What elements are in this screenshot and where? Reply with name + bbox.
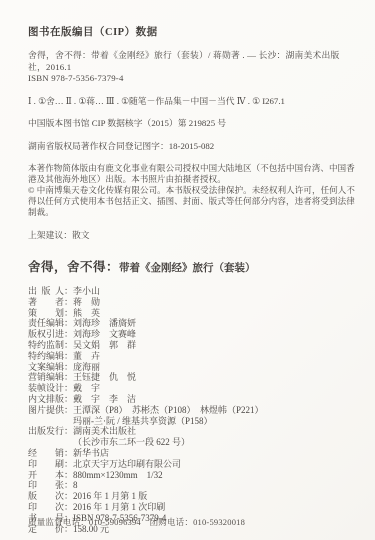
colophon-label: 印张 <box>28 480 64 491</box>
colophon-colon: ： <box>64 383 73 394</box>
quality-phone-line: 质量监督电话：010-59096394 团购电话：010-59320018 <box>28 516 245 528</box>
colophon-colon: ： <box>64 329 73 340</box>
colophon-row: 策划：熊 英 <box>28 308 357 319</box>
colophon-row: 图片提供：王潭深（P8） 苏彬杰（P108） 林煜帏（P221） <box>28 405 357 416</box>
license-paragraph: 本著作物简体版由有鹿文化事业有限公司授权中国大陆地区（不包括中国台湾、中国香港及… <box>28 163 357 185</box>
colophon-label: 策划 <box>28 308 64 319</box>
colophon-colon: ： <box>64 459 73 470</box>
book-title-main: 舍得，舍不得： <box>28 260 119 274</box>
colophon-colon: ： <box>64 480 73 491</box>
colophon-colon: ： <box>64 470 73 481</box>
colophon-colon: ： <box>64 362 73 373</box>
cip-classification-line: Ⅰ . ①舍… Ⅱ . ①蒋… Ⅲ . ①随笔－作品集－中国－当代 Ⅳ . ① … <box>28 96 357 108</box>
colophon-row: 经销：新华书店 <box>28 448 357 459</box>
colophon-row: 出版发行：湖南美术出版社 <box>28 426 357 437</box>
colophon-label: 特约监制 <box>28 340 64 351</box>
colophon-label: 责任编辑 <box>28 318 64 329</box>
colophon-label: 图片提供 <box>28 405 64 416</box>
colophon-label: 内文排版 <box>28 394 64 405</box>
colophon-row: 责任编辑：刘海珍 潘旖妍 <box>28 318 357 329</box>
colophon-value: 王潭深（P8） 苏彬杰（P108） 林煜帏（P221） <box>73 405 264 416</box>
license-block: 本著作物简体版由有鹿文化事业有限公司授权中国大陆地区（不包括中国台湾、中国香港及… <box>28 163 357 218</box>
colophon-value: 戴 宇 李 洁 <box>73 394 136 405</box>
colophon-value: 李小山 <box>73 286 100 297</box>
colophon-value: 吴文娟 郭 群 <box>73 340 136 351</box>
colophon-value: 刘海珍 潘旖妍 <box>73 318 136 329</box>
book-title-sub: 带着《金刚经》旅行（套装） <box>119 263 256 274</box>
colophon-value: 880mm×1230mm 1/32 <box>73 470 163 481</box>
colophon-row: 内文排版：戴 宇 李 洁 <box>28 394 357 405</box>
colophon-value: 董 卉 <box>73 351 100 362</box>
colophon-value: 刘海珍 文赛峰 <box>73 329 136 340</box>
colophon-colon: ： <box>64 448 73 459</box>
cip-number-line: 中国版本图书馆 CIP 数据核字（2015）第 219825 号 <box>28 116 357 129</box>
colophon-value: 戴 宇 <box>73 383 100 394</box>
colophon-value: 2016 年 1 月第 1 次印刷 <box>73 502 165 513</box>
colophon-colon: ： <box>64 351 73 362</box>
colophon-row: 印刷：北京天宇万达印刷有限公司 <box>28 459 357 470</box>
colophon-colon: ： <box>64 297 73 308</box>
colophon-row: 装帧设计：戴 宇 <box>28 383 357 394</box>
colophon-label: 开本 <box>28 470 64 481</box>
cip-entry: 舍得，舍不得：带着《金刚经》旅行（套装）/ 蒋勋著 . — 长沙：湖南美术出版社… <box>28 50 357 85</box>
colophon-value: 湖南美术出版社 <box>73 426 136 437</box>
colophon-label: 版次 <box>28 491 64 502</box>
colophon-colon: ： <box>64 286 73 297</box>
colophon-value: 王钰捷 仇 悦 <box>73 372 136 383</box>
colophon-row: 版次：2016 年 1 月第 1 版 <box>28 491 357 502</box>
colophon-label: 著者 <box>28 297 64 308</box>
colophon-value: 熊 英 <box>73 308 100 319</box>
colophon-value: 8 <box>73 480 78 491</box>
colophon-colon: ： <box>64 318 73 329</box>
colophon-row: 出版人：李小山 <box>28 286 357 297</box>
colophon-value: 2016 年 1 月第 1 版 <box>73 491 147 502</box>
colophon-row: 特约监制：吴文娟 郭 群 <box>28 340 357 351</box>
colophon-label: 经销 <box>28 448 64 459</box>
colophon-label: 特约编辑 <box>28 351 64 362</box>
colophon-label: 印次 <box>28 502 64 513</box>
colophon-list: 出版人：李小山著者：蒋 勋策划：熊 英责任编辑：刘海珍 潘旖妍版权引进：刘海珍 … <box>28 286 357 534</box>
colophon-value: 北京天宇万达印刷有限公司 <box>73 459 181 470</box>
colophon-value-continuation: （长沙市东二环一段 622 号） <box>73 437 357 448</box>
shelving-suggestion: 上架建议：散文 <box>28 228 357 241</box>
colophon-value: 庞海丽 <box>73 362 100 373</box>
colophon-row: 印次：2016 年 1 月第 1 次印刷 <box>28 502 357 513</box>
cip-entry-line1: 舍得，舍不得：带着《金刚经》旅行（套装）/ 蒋勋著 . — 长沙：湖南美术出版社… <box>28 50 357 73</box>
colophon-label: 文案编辑 <box>28 362 64 373</box>
colophon-label: 印刷 <box>28 459 64 470</box>
colophon-row: 特约编辑：董 卉 <box>28 351 357 362</box>
colophon-value-continuation: 玛丽-兰·阮 / 维基共享资源（P158） <box>73 416 357 427</box>
cip-header: 图书在版编目（CIP）数据 <box>28 24 357 39</box>
colophon-colon: ： <box>64 340 73 351</box>
colophon-colon: ： <box>64 394 73 405</box>
colophon-row: 文案编辑：庞海丽 <box>28 362 357 373</box>
colophon-label: 营销编辑 <box>28 372 64 383</box>
colophon-value: 蒋 勋 <box>73 297 100 308</box>
colophon-colon: ： <box>64 426 73 437</box>
colophon-row: 营销编辑：王钰捷 仇 悦 <box>28 372 357 383</box>
colophon-colon: ： <box>64 491 73 502</box>
colophon-row: 开本：880mm×1230mm 1/32 <box>28 470 357 481</box>
colophon-label: 装帧设计 <box>28 383 64 394</box>
copyright-notice-paragraph: © 中南博集天卷文化传媒有限公司。本书版权受法律保护。未经权利人许可，任何人不得… <box>28 185 357 218</box>
book-title: 舍得，舍不得：带着《金刚经》旅行（套装） <box>28 257 357 276</box>
colophon-label: 版权引进 <box>28 329 64 340</box>
colophon-label: 出版人 <box>28 286 64 297</box>
colophon-row: 印张：8 <box>28 480 357 491</box>
colophon-value: 新华书店 <box>73 448 109 459</box>
colophon-colon: ： <box>64 405 73 416</box>
colophon-colon: ： <box>64 502 73 513</box>
colophon-colon: ： <box>64 372 73 383</box>
colophon-row: 著者：蒋 勋 <box>28 297 357 308</box>
colophon-row: 版权引进：刘海珍 文赛峰 <box>28 329 357 340</box>
colophon-colon: ： <box>64 308 73 319</box>
cip-entry-isbn: ISBN 978-7-5356-7379-4 <box>28 73 357 85</box>
copyright-registration-line: 湖南省版权局著作权合同登记图字：18-2015-082 <box>28 139 357 152</box>
copyright-page: 图书在版编目（CIP）数据 舍得，舍不得：带着《金刚经》旅行（套装）/ 蒋勋著 … <box>0 0 375 540</box>
colophon-label: 出版发行 <box>28 426 64 437</box>
